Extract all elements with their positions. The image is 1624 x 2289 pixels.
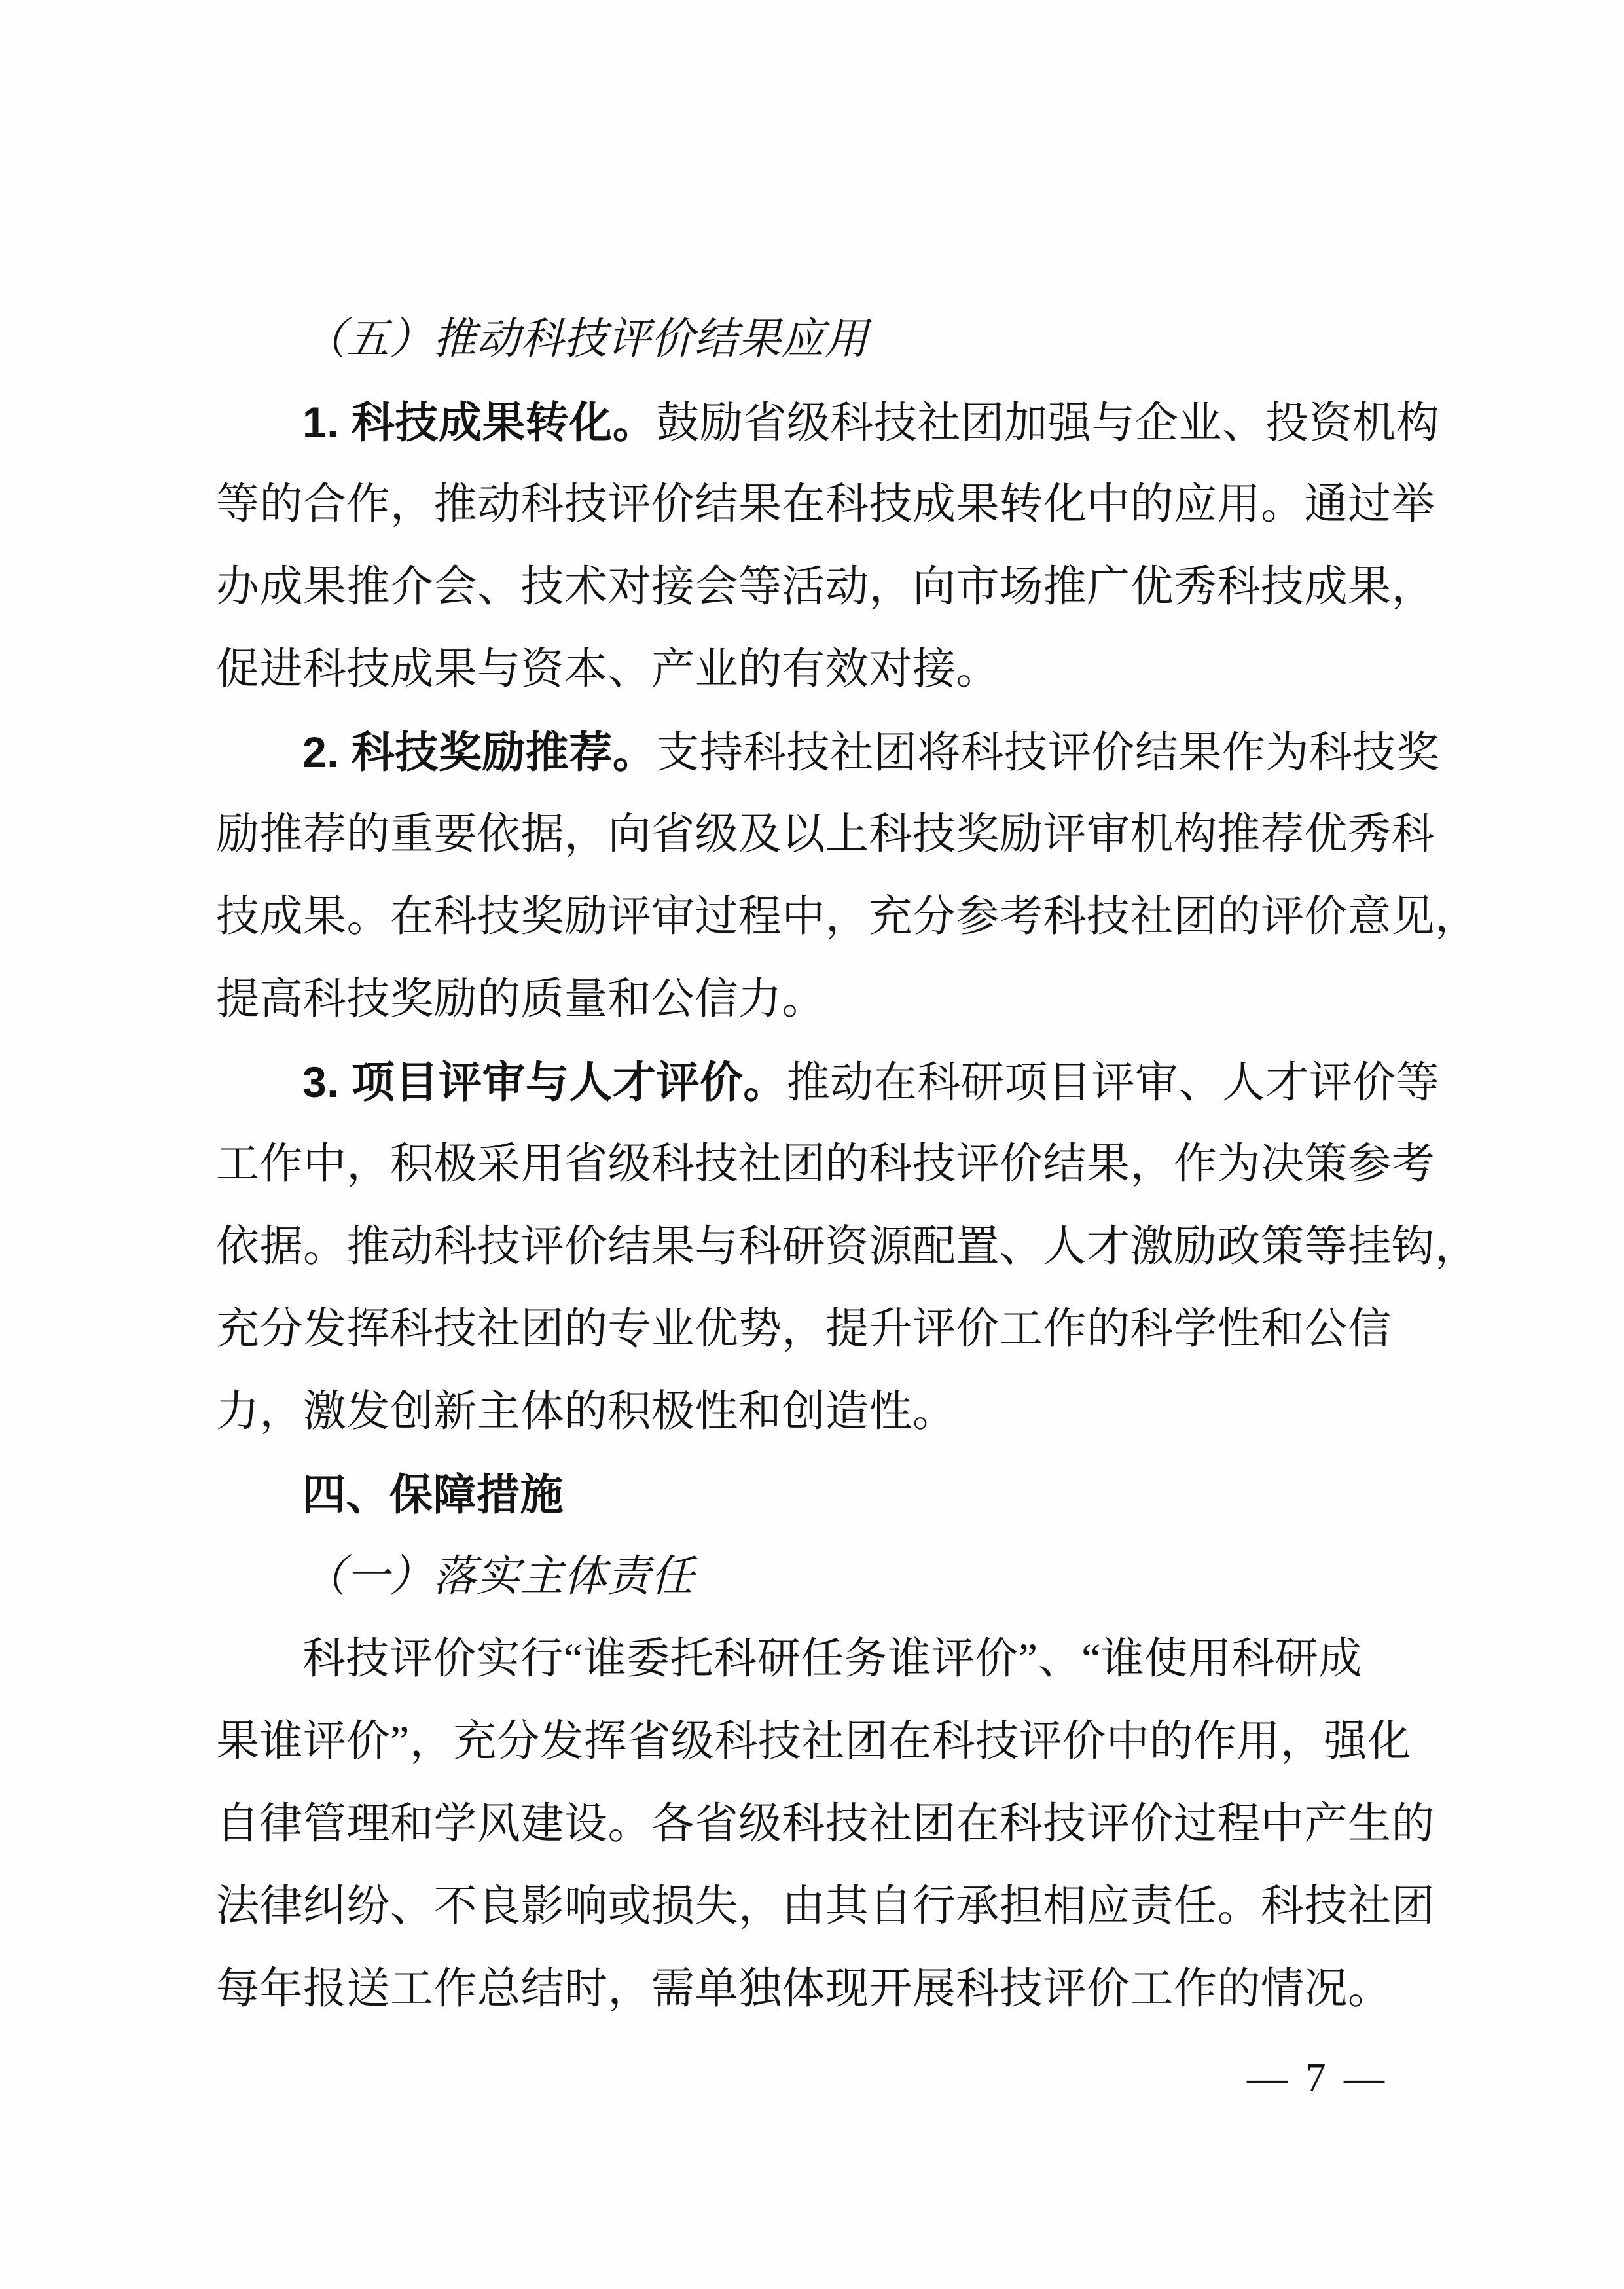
paragraph-line: 科技评价实行“谁委托科研任务谁评价”、“谁使用科研成 bbox=[216, 1618, 1413, 1701]
paragraph-line: 工作中，积极采用省级科技社团的科技评价结果，作为决策参考 bbox=[216, 1123, 1413, 1206]
run-in-heading-3: 3. 项目评审与人才评价。 bbox=[302, 1058, 787, 1106]
line-text: 鼓励省级科技社团加强与企业、投资机构 bbox=[656, 399, 1439, 447]
paragraph-line: 提高科技奖励的质量和公信力。 bbox=[216, 958, 1413, 1041]
run-in-heading-2: 2. 科技奖励推荐。 bbox=[302, 728, 656, 776]
paragraph-line: 果谁评价”，充分发挥省级科技社团在科技评价中的作用，强化 bbox=[216, 1701, 1413, 1783]
line-text: 支持科技社团将科技评价结果作为科技奖 bbox=[656, 729, 1439, 777]
paragraph-line: 2. 科技奖励推荐。支持科技社团将科技评价结果作为科技奖 bbox=[216, 711, 1413, 793]
paragraph-line: 充分发挥科技社团的专业优势，提升评价工作的科学性和公信 bbox=[216, 1288, 1413, 1371]
paragraph-line: 3. 项目评审与人才评价。推动在科研项目评审、人才评价等 bbox=[216, 1041, 1413, 1123]
paragraph-line: 1. 科技成果转化。鼓励省级科技社团加强与企业、投资机构 bbox=[216, 381, 1413, 463]
paragraph-line: 励推荐的重要依据，向省级及以上科技奖励评审机构推荐优秀科 bbox=[216, 793, 1413, 876]
paragraph-line: 法律纠纷、不良影响或损失，由其自行承担相应责任。科技社团 bbox=[216, 1865, 1413, 1948]
paragraph-line: 每年报送工作总结时，需单独体现开展科技评价工作的情况。 bbox=[216, 1948, 1413, 2030]
paragraph-line: 等的合作，推动科技评价结果在科技成果转化中的应用。通过举 bbox=[216, 463, 1413, 546]
run-in-heading-1: 1. 科技成果转化。 bbox=[302, 398, 656, 446]
paragraph-line: 促进科技成果与资本、产业的有效对接。 bbox=[216, 628, 1413, 711]
paragraph-line: 自律管理和学风建设。各省级科技社团在科技评价过程中产生的 bbox=[216, 1783, 1413, 1865]
document-page: （五）推动科技评价结果应用 1. 科技成果转化。鼓励省级科技社团加强与企业、投资… bbox=[0, 0, 1624, 2289]
section-heading-4: 四、保障措施 bbox=[216, 1453, 1413, 1536]
subsection-heading-5: （五）推动科技评价结果应用 bbox=[216, 298, 1413, 381]
document-body: （五）推动科技评价结果应用 1. 科技成果转化。鼓励省级科技社团加强与企业、投资… bbox=[216, 298, 1413, 2030]
line-text: 推动在科研项目评审、人才评价等 bbox=[787, 1059, 1440, 1107]
page-number: — 7 — bbox=[1247, 2055, 1388, 2102]
paragraph-line: 依据。推动科技评价结果与科研资源配置、人才激励政策等挂钩， bbox=[216, 1206, 1413, 1288]
paragraph-line: 力，激发创新主体的积极性和创造性。 bbox=[216, 1371, 1413, 1453]
paragraph-line: 技成果。在科技奖励评审过程中，充分参考科技社团的评价意见， bbox=[216, 876, 1413, 958]
subsection-heading-1: （一）落实主体责任 bbox=[216, 1536, 1413, 1618]
paragraph-line: 办成果推介会、技术对接会等活动，向市场推广优秀科技成果， bbox=[216, 546, 1413, 628]
